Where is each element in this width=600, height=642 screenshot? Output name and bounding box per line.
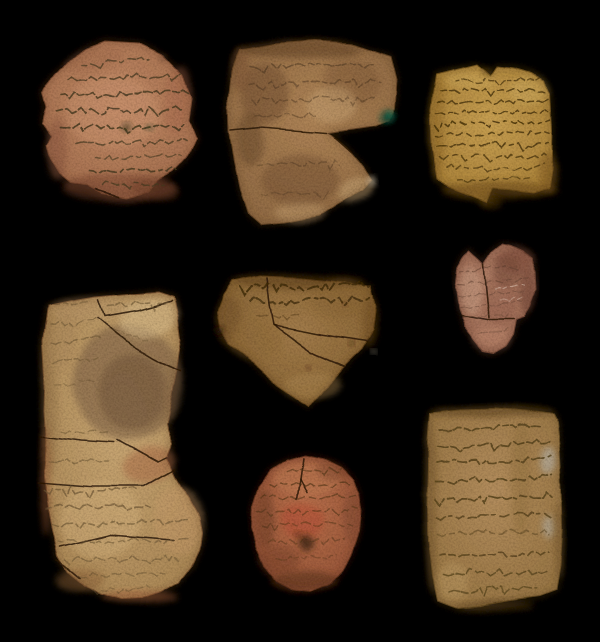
surface-spot	[387, 111, 392, 116]
sherd-top-right-yellow-ostracon	[430, 64, 558, 208]
ostraca-photo-canvas	[0, 0, 600, 642]
sherd-surface	[430, 64, 558, 208]
surface-blotch	[436, 564, 468, 600]
surface-blotch	[520, 266, 536, 314]
surface-spot	[343, 303, 347, 307]
surface-spot	[299, 537, 313, 551]
surface-blotch	[494, 254, 522, 286]
surface-blotch	[262, 154, 338, 206]
surface-blotch	[540, 448, 556, 476]
surface-blotch	[236, 114, 264, 166]
surface-blotch	[308, 87, 356, 123]
surface-spot	[145, 123, 151, 129]
ostraca-collection-photo	[0, 0, 600, 642]
surface-blotch	[230, 320, 280, 360]
surface-spot	[372, 350, 376, 354]
surface-spot	[380, 109, 394, 123]
surface-spot	[367, 177, 375, 185]
surface-spot	[305, 364, 309, 368]
surface-spot	[295, 533, 301, 539]
sherd-bottom-center-round-ostracon	[251, 454, 362, 591]
sherd-bottom-right-rectangular-ostracon	[425, 406, 563, 610]
surface-blotch	[48, 310, 76, 370]
surface-spot	[160, 55, 166, 61]
surface-blotch	[60, 482, 140, 558]
surface-spot	[483, 65, 491, 73]
surface-spot	[350, 342, 355, 347]
sherd-surface	[251, 454, 362, 591]
surface-blotch	[98, 354, 166, 430]
surface-spot	[121, 122, 129, 130]
surface-spot	[215, 327, 223, 335]
surface-blotch	[281, 504, 325, 540]
sherd-surface	[425, 406, 563, 610]
